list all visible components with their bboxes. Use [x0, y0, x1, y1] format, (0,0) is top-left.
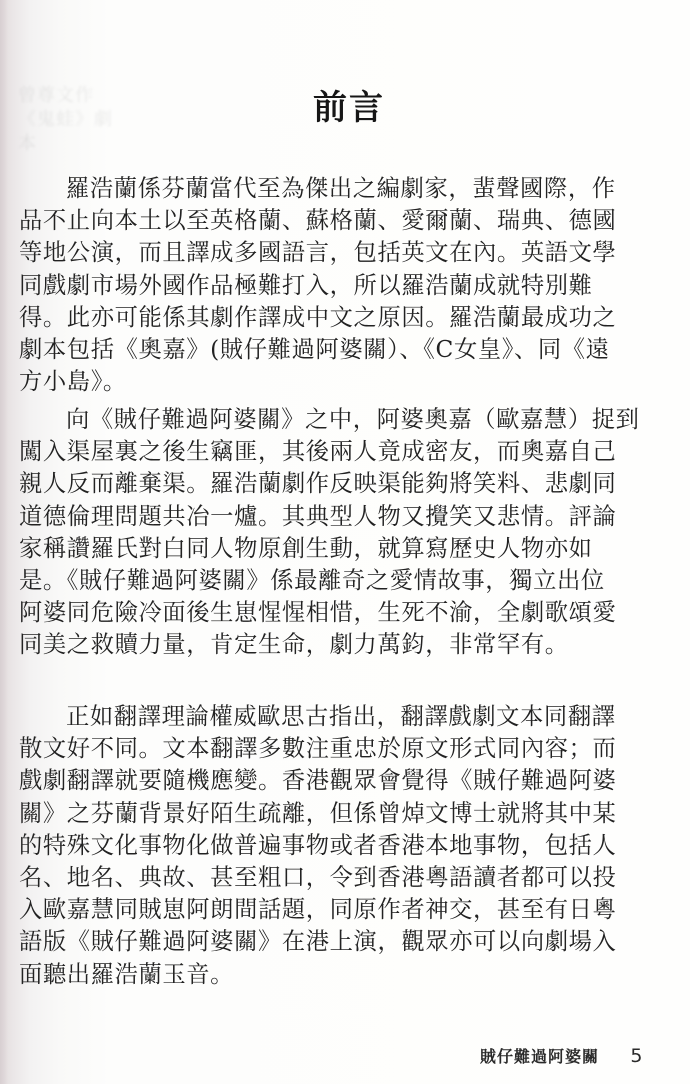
text-line: 語版《賊仔難過阿婆關》在港上演，觀眾亦可以向劇場入: [19, 926, 644, 958]
text-line: 正如翻譯理論權威歐思古指出，翻譯戲劇文本同翻譯: [19, 701, 644, 733]
gutter-shadow: [0, 0, 8, 1084]
paragraph-2: 向《賊仔難過阿婆關》之中，阿婆奧嘉（歐嘉慧）捉到 闖入渠屋裏之後生竊匪，其後兩人…: [19, 404, 644, 662]
paragraph-1: 羅浩蘭係芬蘭當代至為傑出之編劇家，蜚聲國際，作 品不止向本土以至英格蘭、蘇格蘭、…: [19, 173, 644, 398]
text-line: 向《賊仔難過阿婆關》之中，阿婆奧嘉（歐嘉慧）捉到: [19, 404, 644, 436]
text-line: 同戲劇市場外國作品極難打入，所以羅浩蘭成就特別難: [19, 270, 644, 302]
text-line: 得。此亦可能係其劇作譯成中文之原因。羅浩蘭最成功之: [19, 302, 644, 334]
text-line: 家稱讚羅氏對白同人物原創生動，就算寫歷史人物亦如: [19, 533, 644, 565]
text-line: 劇本包括《奧嘉》(賊仔難過阿婆關）、《C女皇》、同《遠: [19, 334, 644, 366]
text-line: 關》之芬蘭背景好陌生疏離，但係曾焯文博士就將其中某: [19, 798, 644, 830]
page-footer: 賊仔難過阿婆關 5: [480, 1044, 643, 1067]
text-line: 阿婆同危險冷面後生崽惺惺相惜，生死不渝，全劇歌頌愛: [19, 597, 644, 629]
paragraph-3: 正如翻譯理論權威歐思古指出，翻譯戲劇文本同翻譯 散文好不同。文本翻譯多數注重忠於…: [19, 701, 644, 991]
text-line: 等地公演，而且譯成多國語言，包括英文在內。英語文學: [19, 237, 644, 269]
text-line: 同美之救贖力量，肯定生命，劇力萬鈞，非常罕有。: [19, 629, 644, 661]
text-line: 散文好不同。文本翻譯多數注重忠於原文形式同內容；而: [19, 733, 644, 765]
page-number: 5: [630, 1045, 642, 1067]
book-page: 曾尊文作 《鬼蛙》劇本 前言 羅浩蘭係芬蘭當代至為傑出之編劇家，蜚聲國際，作 品…: [0, 0, 690, 1084]
text-line: 羅浩蘭係芬蘭當代至為傑出之編劇家，蜚聲國際，作: [19, 173, 644, 205]
text-line: 的特殊文化事物化做普遍事物或者香港本地事物，包括人: [19, 830, 644, 862]
text-line: 方小島》。: [19, 366, 644, 398]
text-line: 道德倫理問題共冶一爐。其典型人物又攪笑又悲情。評論: [19, 501, 644, 533]
text-line: 入歐嘉慧同賊崽阿朗間話題，同原作者神交，甚至有日粵: [19, 894, 644, 926]
text-line: 戲劇翻譯就要隨機應變。香港觀眾會覺得《賊仔難過阿婆: [19, 765, 644, 797]
running-title: 賊仔難過阿婆關: [480, 1047, 599, 1066]
text-line: 面聽出羅浩蘭玉音。: [19, 959, 644, 991]
text-line: 品不止向本土以至英格蘭、蘇格蘭、愛爾蘭、瑞典、德國: [19, 205, 644, 237]
text-line: 是。《賊仔難過阿婆關》係最離奇之愛情故事，獨立出位: [19, 565, 644, 597]
text-line: 親人反而離棄渠。羅浩蘭劇作反映渠能夠將笑料、悲劇同: [19, 468, 644, 500]
text-line: 名、地名、典故、甚至粗口，令到香港粵語讀者都可以投: [19, 862, 644, 894]
page-title: 前言: [0, 80, 690, 129]
text-line: 闖入渠屋裏之後生竊匪，其後兩人竟成密友，而奧嘉自己: [19, 436, 644, 468]
page-title-text: 前言: [313, 80, 385, 129]
